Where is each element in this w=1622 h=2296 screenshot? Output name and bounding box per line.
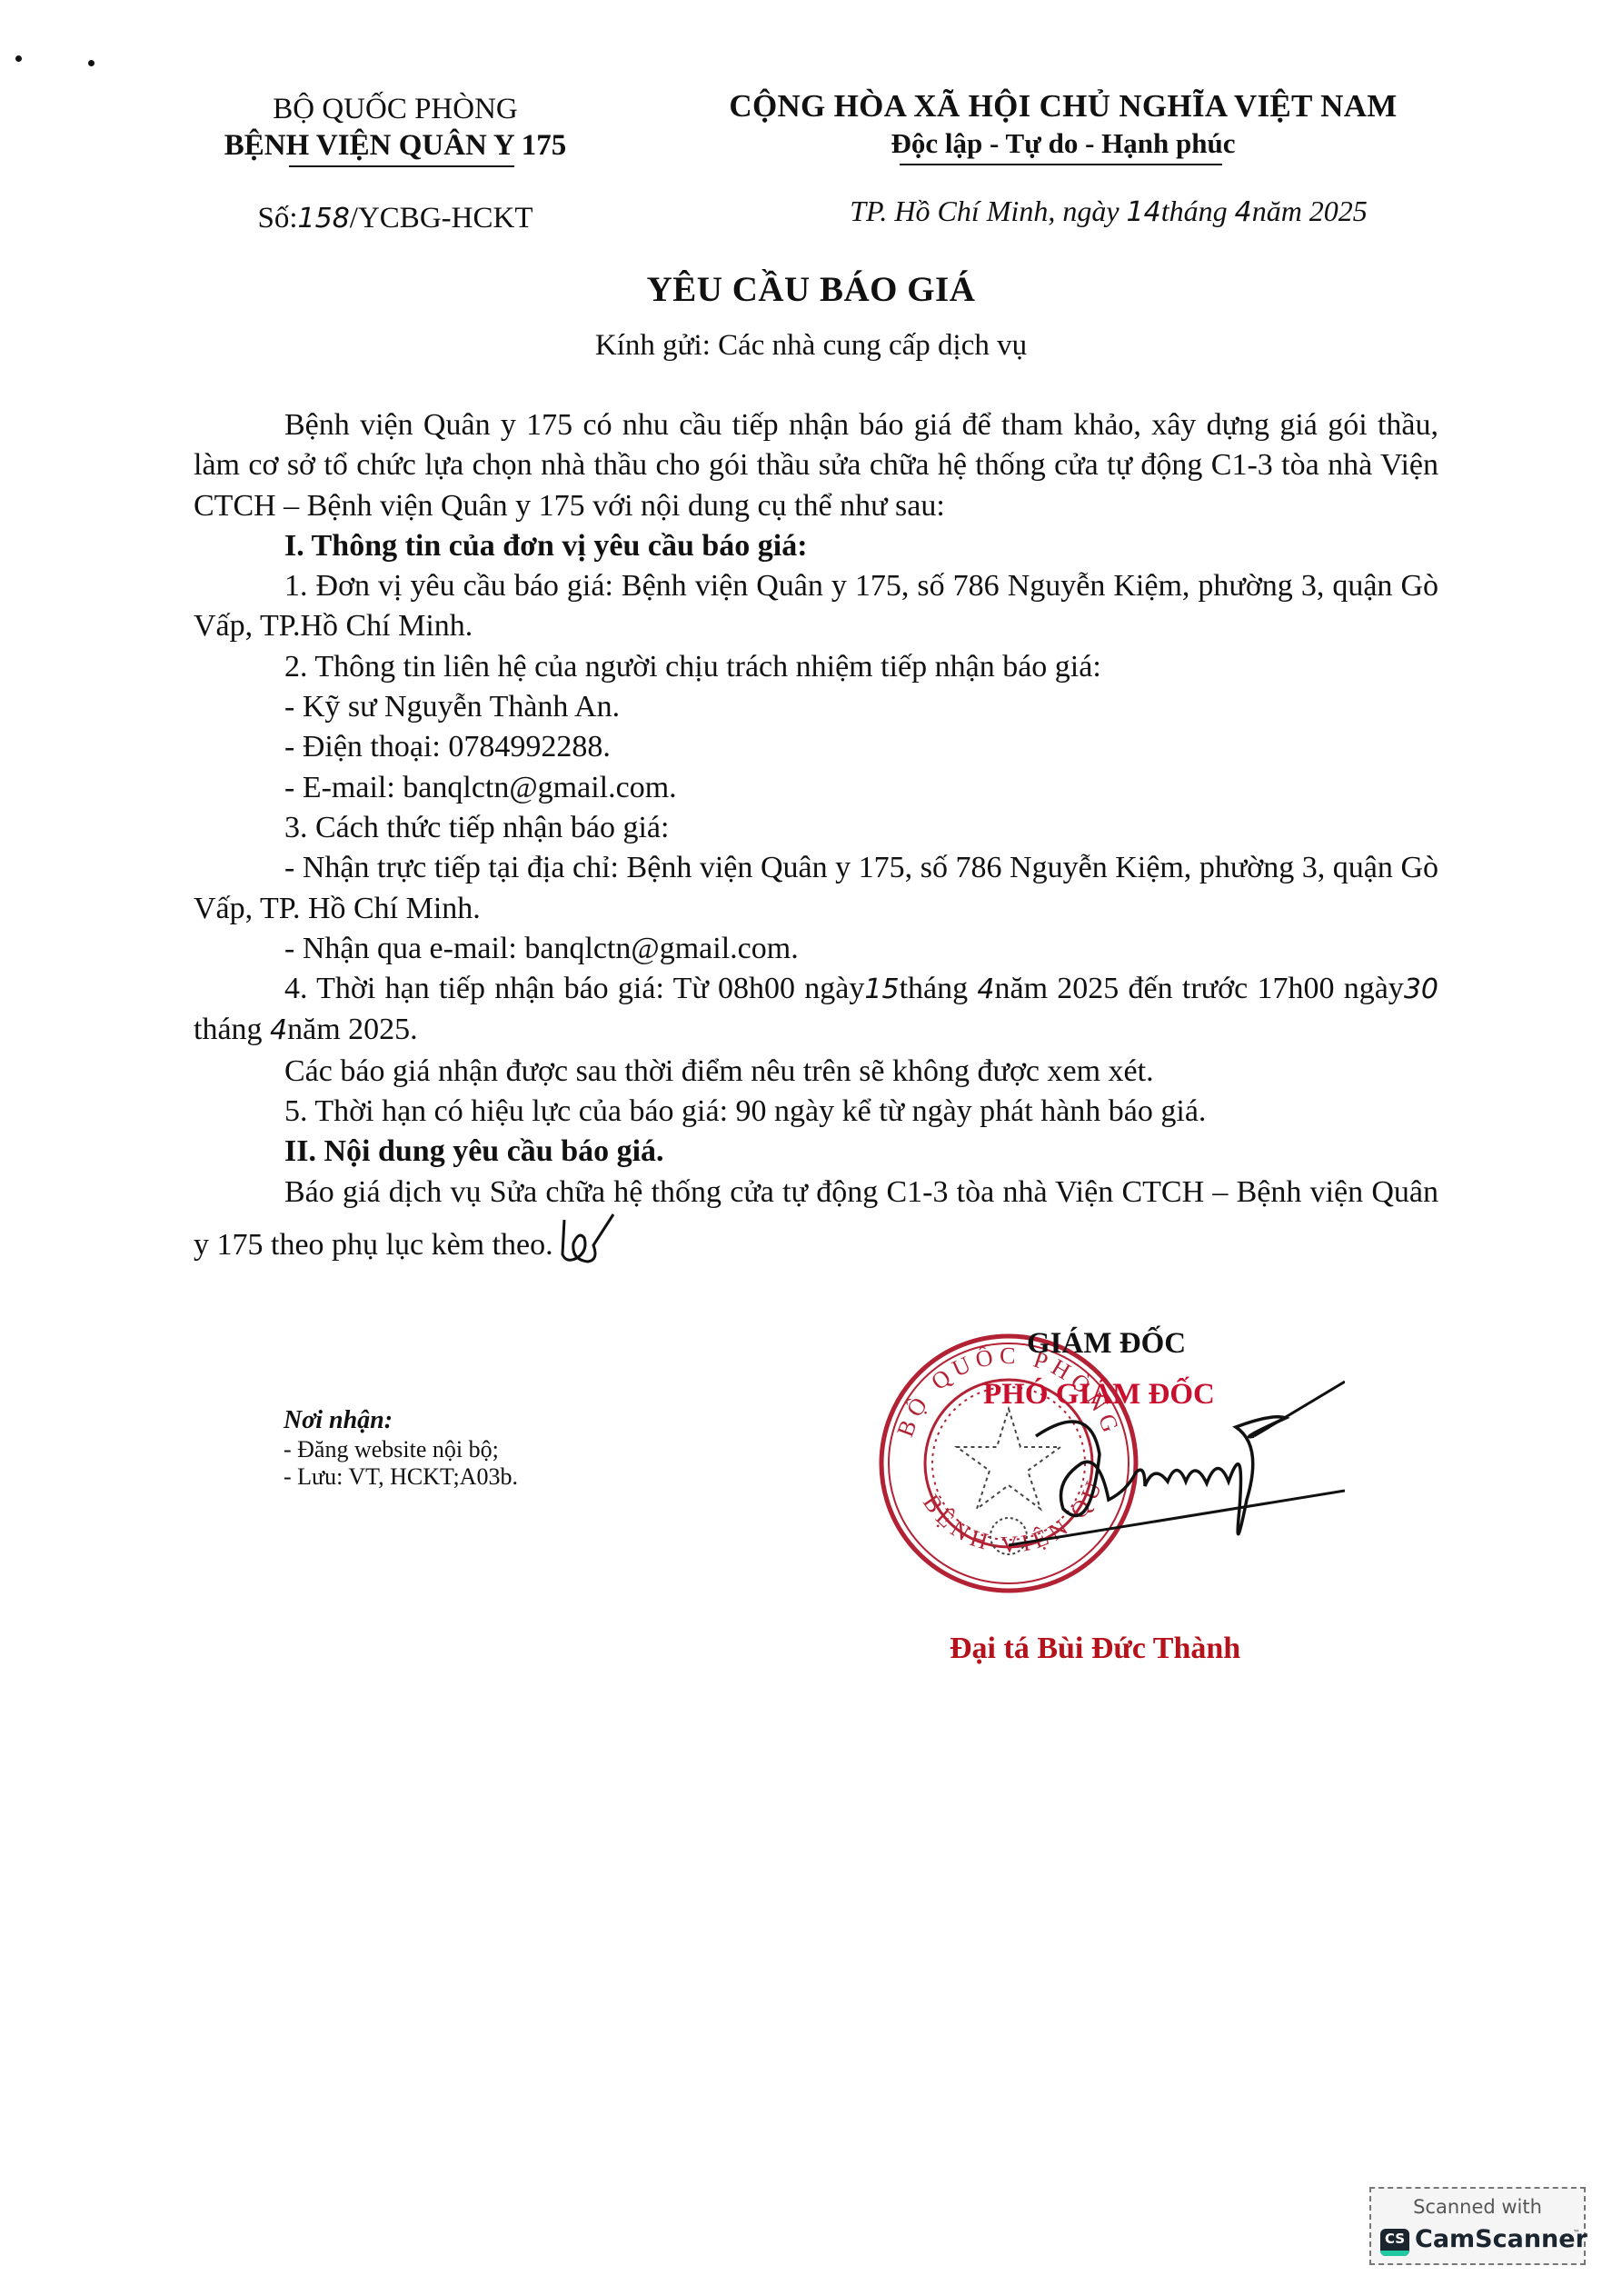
section-2-heading: II. Nội dung yêu cầu báo giá.: [194, 1132, 1438, 1172]
hospital-name: BỆNH VIỆN QUÂN Y 175: [195, 127, 595, 164]
signer-name: Đại tá Bùi Đức Thành: [950, 1632, 1240, 1666]
signature-block: BỘ QUỐC PHÒNG BỆNH VIỆN QUÂN Y GIÁM ĐỐC …: [872, 1327, 1345, 1618]
section-1-heading: I. Thông tin của đơn vị yêu cầu báo giá:: [194, 526, 1438, 566]
country-name: CỘNG HÒA XÃ HỘI CHỦ NGHĨA VIỆT NAM: [663, 87, 1463, 125]
camscanner-watermark: Scanned with CS CamScanner ™: [1369, 2187, 1586, 2265]
trademark-symbol: ™: [1573, 2229, 1580, 2237]
item-1: 1. Đơn vị yêu cầu báo giá: Bệnh viện Quâ…: [194, 566, 1438, 647]
item-5: 5. Thời hạn có hiệu lực của báo giá: 90 …: [194, 1092, 1438, 1132]
recipients-heading: Nơi nhận:: [284, 1405, 518, 1436]
intro-paragraph: Bệnh viện Quân y 175 có nhu cầu tiếp nhậ…: [194, 405, 1438, 526]
handwritten-signature-icon: [872, 1327, 1345, 1618]
salutation: Kính gửi: Các nhà cung cấp dịch vụ: [0, 329, 1622, 363]
contact-name: - Kỹ sư Nguyễn Thành An.: [194, 687, 1438, 727]
recipients-block: Nơi nhận: - Đăng website nội bộ; - Lưu: …: [284, 1405, 518, 1491]
receive-direct: - Nhận trực tiếp tại địa chỉ: Bệnh viện …: [194, 848, 1438, 929]
document-title: YÊU CẦU BÁO GIÁ: [0, 269, 1622, 310]
watermark-brand: CamScanner: [1415, 2225, 1587, 2253]
recipient-item: - Lưu: VT, HCKT;A03b.: [284, 1463, 518, 1491]
contact-phone: - Điện thoại: 0784992288.: [194, 727, 1438, 767]
header-underline: [289, 165, 514, 167]
issuer-header: BỘ QUỐC PHÒNG BỆNH VIỆN QUÂN Y 175 Số:15…: [195, 91, 595, 237]
watermark-caption: Scanned with: [1371, 2196, 1584, 2218]
contact-email: - E-mail: banqlctn@gmail.com.: [194, 768, 1438, 808]
item-4: 4. Thời hạn tiếp nhận báo giá: Từ 08h00 …: [194, 969, 1438, 1052]
motto-underline: [900, 164, 1222, 165]
document-number: Số:158/YCBG-HCKT: [195, 200, 595, 237]
item-3: 3. Cách thức tiếp nhận báo giá:: [194, 808, 1438, 848]
ministry-name: BỘ QUỐC PHÒNG: [195, 91, 595, 127]
receive-email: - Nhận qua e-mail: banqlctn@gmail.com.: [194, 929, 1438, 969]
section-2-text: Báo giá dịch vụ Sửa chữa hệ thống cửa tự…: [194, 1173, 1438, 1267]
item-2: 2. Thông tin liên hệ của người chịu trác…: [194, 647, 1438, 687]
scan-speck: [88, 60, 95, 66]
national-motto: Độc lập - Tự do - Hạnh phúc: [663, 125, 1463, 162]
document-body: Bệnh viện Quân y 175 có nhu cầu tiếp nhậ…: [194, 405, 1438, 1267]
scan-speck: [15, 55, 22, 62]
document-date: TP. Hồ Chí Minh, ngày 14tháng 4năm 2025: [754, 193, 1463, 231]
late-note: Các báo giá nhận được sau thời điểm nêu …: [194, 1052, 1438, 1092]
handwritten-number: 158: [298, 203, 350, 235]
national-header: CỘNG HÒA XÃ HỘI CHỦ NGHĨA VIỆT NAM Độc l…: [663, 87, 1463, 231]
initials-mark-icon: [557, 1213, 621, 1267]
camscanner-logo-icon: CS: [1380, 2229, 1409, 2256]
recipient-item: - Đăng website nội bộ;: [284, 1436, 518, 1463]
